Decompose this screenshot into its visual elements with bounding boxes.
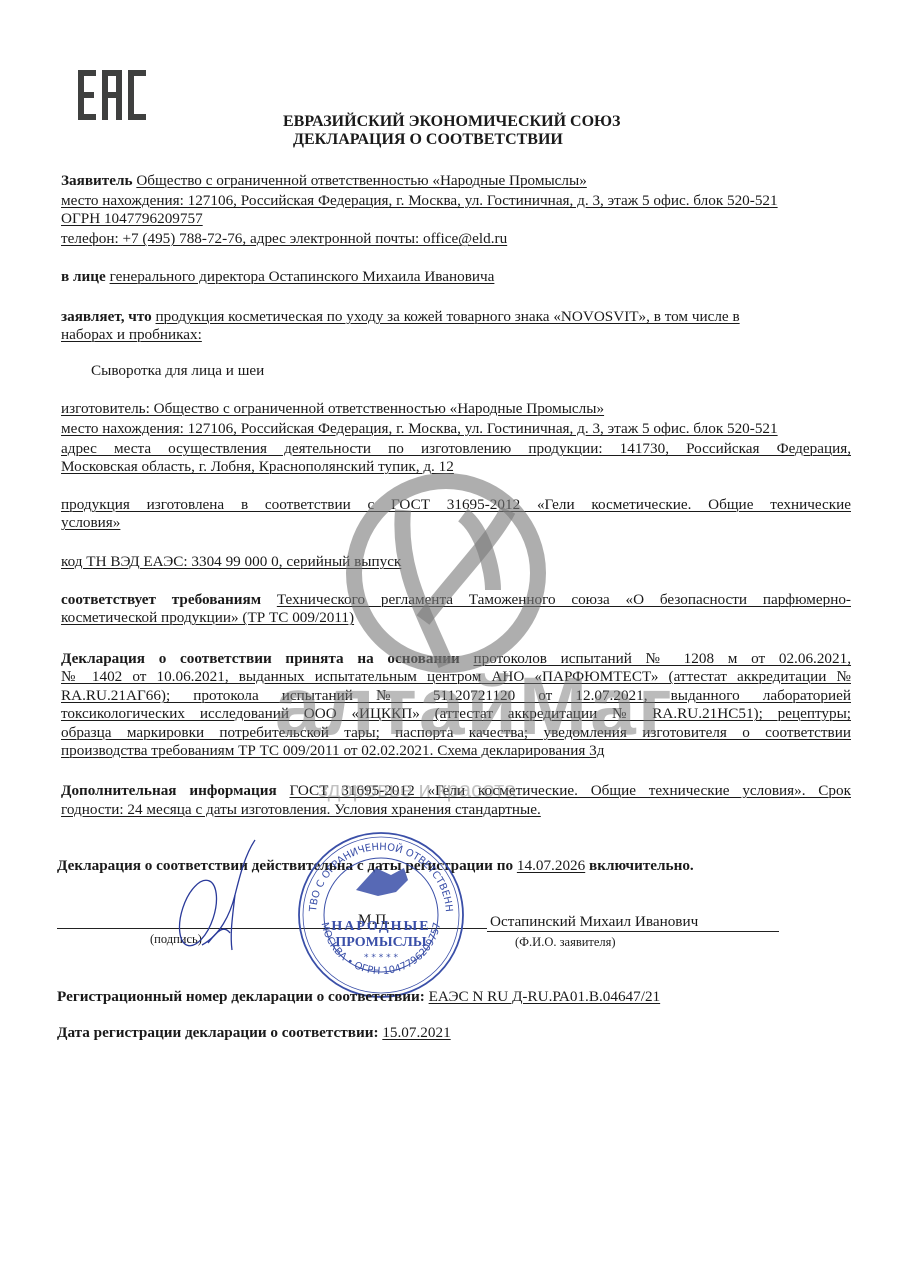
basis-row: Декларация о соответствии принята на осн… [61, 650, 851, 668]
tn-ved-code: код ТН ВЭД ЕАЭС: 3304 99 000 0, серийный… [61, 553, 401, 571]
additional-value-2: годности: 24 месяца с даты изготовления.… [61, 801, 541, 819]
compliance-value-1: Технического регламента Таможенного союз… [277, 591, 851, 608]
additional-label: Дополнительная информация [61, 782, 277, 799]
compliance-row: соответствует требованиям Технического р… [61, 591, 851, 609]
product-name: Сыворотка для лица и шеи [91, 362, 264, 380]
name-line [487, 931, 779, 932]
basis-value-5: образца маркировки потребительской тары;… [61, 724, 851, 742]
basis-label: Декларация о соответствии принята на осн… [61, 650, 460, 667]
stamp-stars: * * * * * [364, 953, 398, 963]
declares-value-2: наборах и пробниках: [61, 326, 202, 344]
compliance-label: соответствует требованиям [61, 591, 261, 608]
basis-value-3: RA.RU.21АГ66); протокола испытаний № 511… [61, 687, 851, 705]
eac-logo [78, 70, 146, 125]
registration-number: ЕАЭС N RU Д-RU.РА01.В.04647/21 [429, 988, 661, 1005]
registration-number-row: Регистрационный номер декларации о соотв… [57, 988, 660, 1006]
handwritten-signature-icon [160, 835, 280, 955]
declares-value-1: продукция косметическая по уходу за коже… [156, 308, 740, 325]
basis-value-4: токсикологических исследований ООО «ИЦКК… [61, 705, 851, 723]
additional-row: Дополнительная информация ГОСТ 31695-201… [61, 782, 851, 800]
applicant-ogrn: ОГРН 1047796209757 [61, 210, 203, 228]
eagle-emblem-icon [356, 868, 408, 896]
registration-date: 15.07.2021 [382, 1024, 450, 1041]
name-caption: (Ф.И.О. заявителя) [515, 933, 616, 951]
stamp-center-2: ПРОМЫСЛЫ [335, 935, 426, 950]
applicant-address: место нахождения: 127106, Российская Фед… [61, 192, 778, 210]
manufacturer-production-address-1: адрес места осуществления деятельности п… [61, 440, 851, 458]
declares-label: заявляет, что [61, 308, 152, 325]
header-declaration: ДЕКЛАРАЦИЯ О СООТВЕТСТВИИ [293, 131, 563, 149]
registration-date-label: Дата регистрации декларации о соответств… [57, 1024, 379, 1041]
standard-line-2: условия» [61, 514, 120, 532]
eac-mark-icon [78, 70, 146, 120]
basis-value-6: производства требованиям ТР ТС 009/2011 … [61, 742, 605, 760]
applicant-row: Заявитель Общество с ограниченной ответс… [61, 172, 587, 190]
validity-suffix: включительно. [589, 857, 694, 874]
validity-date: 14.07.2026 [517, 857, 585, 874]
company-seal-stamp-icon: ОБЩЕСТВО С ОГРАНИЧЕННОЙ ОТВЕТСТВЕННОСТЬЮ… [296, 830, 466, 1000]
basis-value-2: № 1402 от 10.06.2021, выданных испытател… [61, 668, 851, 686]
representative-label: в лице [61, 268, 106, 285]
additional-value-1: ГОСТ 31695-2012 «Гели косметические. Общ… [290, 782, 852, 799]
standard-line-1: продукция изготовлена в соответствии с Г… [61, 496, 851, 514]
applicant-signatory-name: Остапинский Михаил Иванович [490, 913, 698, 931]
compliance-value-2: косметической продукции» (ТР ТС 009/2011… [61, 609, 354, 627]
basis-value-1: протоколов испытаний № 1208 м от 02.06.2… [473, 650, 851, 667]
manufacturer-production-address-2: Московская область, г. Лобня, Краснополя… [61, 458, 454, 476]
registration-date-row: Дата регистрации декларации о соответств… [57, 1024, 451, 1042]
applicant-contacts: телефон: +7 (495) 788-72-76, адрес элект… [61, 230, 507, 248]
registration-number-label: Регистрационный номер декларации о соотв… [57, 988, 425, 1005]
applicant-label: Заявитель [61, 172, 133, 189]
manufacturer-address: место нахождения: 127106, Российская Фед… [61, 420, 778, 438]
manufacturer-name: изготовитель: Общество с ограниченной от… [61, 400, 604, 418]
representative-value: генерального директора Остапинского Миха… [110, 268, 495, 285]
declares-row: заявляет, что продукция косметическая по… [61, 308, 740, 326]
header-union: ЕВРАЗИЙСКИЙ ЭКОНОМИЧЕСКИЙ СОЮЗ [283, 113, 620, 131]
representative-row: в лице генерального директора Остапинско… [61, 268, 494, 286]
applicant-name: Общество с ограниченной ответственностью… [136, 172, 586, 189]
stamp-center-1: НАРОДНЫЕ [331, 919, 430, 934]
